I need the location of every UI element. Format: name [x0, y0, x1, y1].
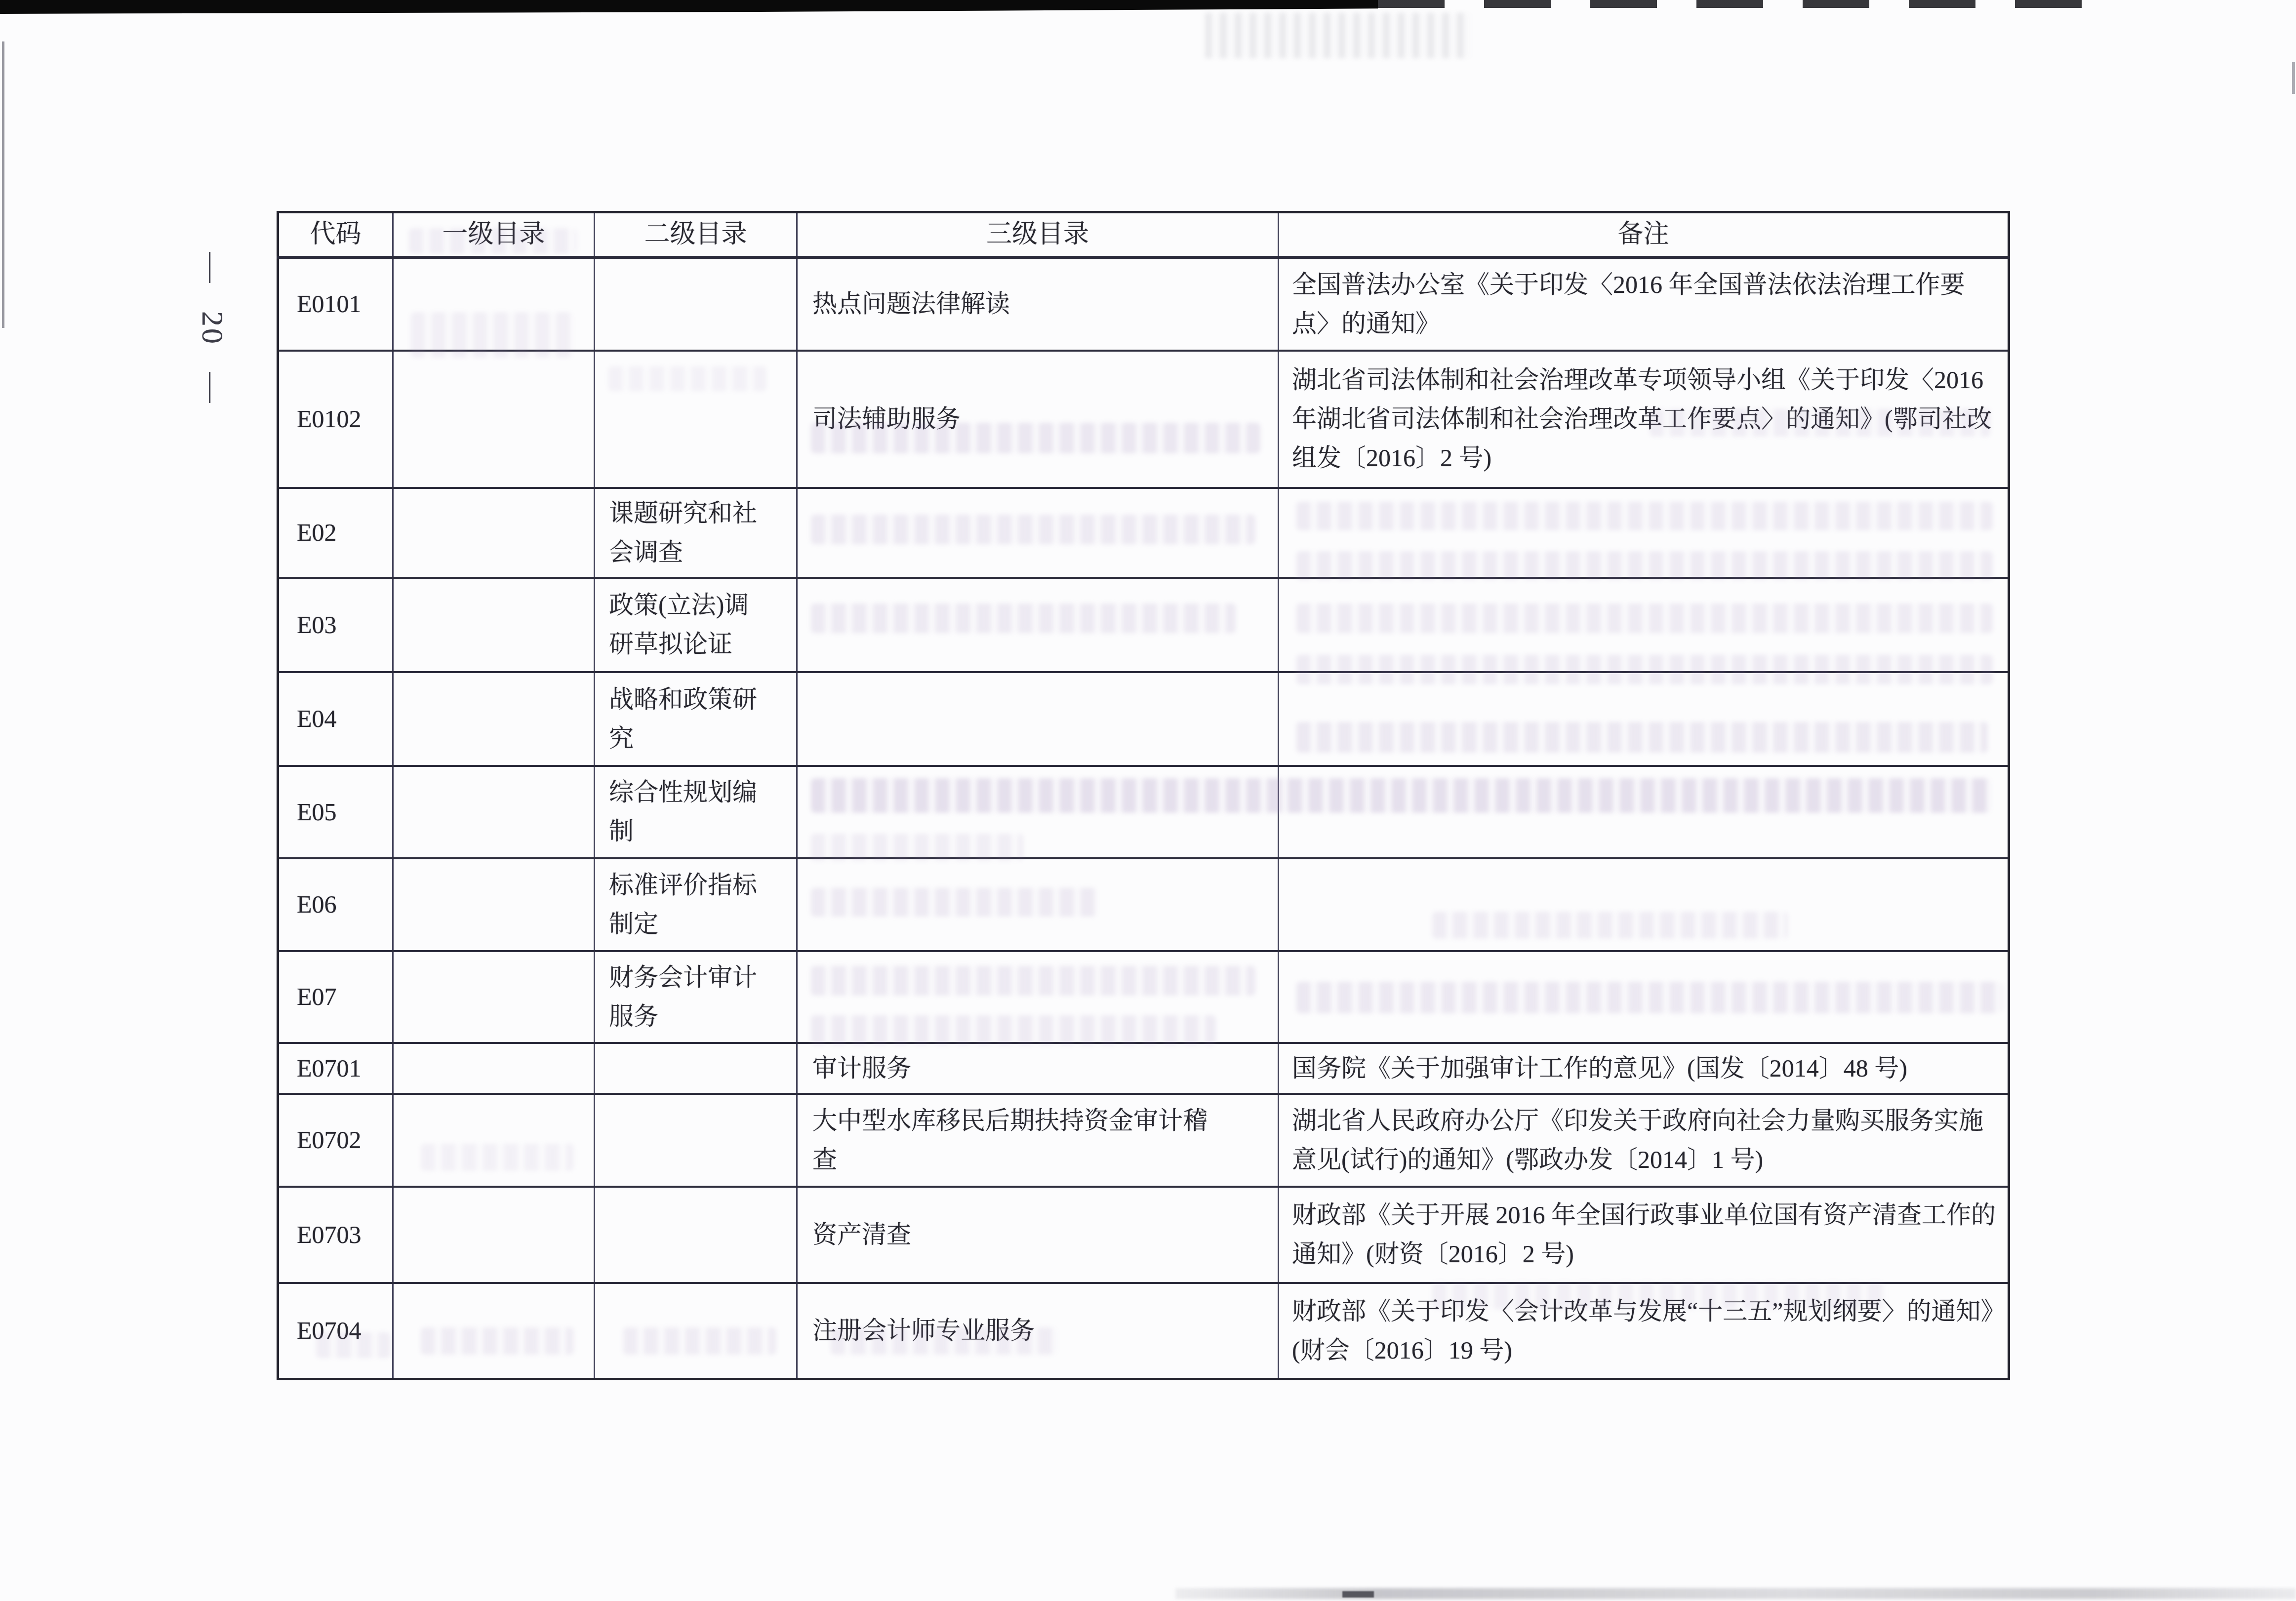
cell-code: E03	[278, 578, 393, 672]
scan-streak-artifact	[1205, 13, 1472, 58]
scan-smudge-dash	[1342, 1591, 1374, 1598]
cell-code: E0703	[278, 1187, 393, 1283]
cell-code: E0102	[278, 351, 393, 488]
bleed-through-artifact	[421, 1327, 574, 1355]
cell-code: E04	[278, 672, 393, 766]
cell-level2	[595, 1187, 797, 1283]
bleed-through-artifact	[1296, 603, 1993, 633]
scan-edge-artifact-right	[2292, 62, 2295, 94]
bleed-through-artifact	[1296, 722, 1988, 753]
header-cell-level3: 三级目录	[797, 212, 1279, 257]
cell-remark: 财政部《关于开展 2016 年全国行政事业单位国有资产清查工作的通知》(财资〔2…	[1279, 1187, 2009, 1283]
cell-level1	[393, 488, 595, 578]
cell-level2	[595, 257, 797, 351]
header-cell-code: 代码	[278, 212, 393, 257]
cell-remark: 国务院《关于加强审计工作的意见》(国发〔2014〕48 号)	[1279, 1043, 2009, 1094]
scan-edge-artifact-top	[0, 0, 1378, 14]
cell-code: E06	[278, 858, 393, 951]
cell-level1	[393, 672, 595, 766]
cell-level3: 大中型水库移民后期扶持资金审计稽查	[797, 1094, 1279, 1187]
cell-level3: 审计服务	[797, 1043, 1279, 1094]
bleed-through-artifact	[608, 366, 766, 391]
cell-level1	[393, 578, 595, 672]
bleed-through-artifact	[1650, 409, 1990, 437]
cell-level2: 标准评价指标制定	[595, 858, 797, 951]
bleed-through-artifact	[1296, 502, 1993, 530]
table-row: E0702 大中型水库移民后期扶持资金审计稽查 湖北省人民政府办公厅《印发关于政…	[278, 1094, 2009, 1187]
bleed-through-artifact	[811, 423, 1260, 453]
cell-level3: 资产清查	[797, 1187, 1279, 1283]
header-cell-remark: 备注	[1279, 212, 2009, 257]
cell-level3: 热点问题法律解读	[797, 257, 1279, 351]
bleed-through-artifact	[623, 1327, 776, 1355]
bleed-through-artifact	[409, 228, 577, 254]
bleed-through-artifact	[1296, 655, 1993, 684]
bleed-through-artifact	[1296, 982, 2003, 1013]
bleed-through-artifact	[1432, 912, 1788, 939]
cell-remark: 湖北省人民政府办公厅《印发关于政府向社会力量购买服务实施意见(试行)的通知》(鄂…	[1279, 1094, 2009, 1187]
scanned-document-page: — 20 — 代码 一级目录 二级目录 三级目录 备注 E0101 热点问题法律…	[0, 0, 2296, 1601]
bleed-through-artifact	[811, 603, 1236, 633]
bleed-through-artifact	[811, 966, 1255, 996]
bleed-through-artifact	[811, 515, 1255, 544]
table-row: E0703 资产清查 财政部《关于开展 2016 年全国行政事业单位国有资产清查…	[278, 1187, 2009, 1283]
scan-edge-artifact-top-dashes	[1378, 0, 2094, 8]
cell-level1	[393, 951, 595, 1043]
bleed-through-artifact	[831, 1327, 1058, 1355]
header-cell-level2: 二级目录	[595, 212, 797, 257]
cell-level1	[393, 858, 595, 951]
bleed-through-artifact	[811, 778, 1991, 813]
bleed-through-artifact	[811, 888, 1097, 917]
cell-level1	[393, 351, 595, 488]
bleed-through-artifact	[811, 834, 1023, 861]
cell-level2: 综合性规划编制	[595, 766, 797, 858]
cell-level3: 司法辅助服务	[797, 351, 1279, 488]
cell-level1	[393, 1043, 595, 1094]
bleed-through-artifact	[411, 312, 574, 358]
cell-level3	[797, 672, 1279, 766]
cell-level2	[595, 1094, 797, 1187]
cell-level2	[595, 1043, 797, 1094]
cell-code: E02	[278, 488, 393, 578]
cell-code: E0704	[278, 1283, 393, 1379]
cell-code: E0702	[278, 1094, 393, 1187]
cell-code: E0701	[278, 1043, 393, 1094]
cell-level2: 财务会计审计服务	[595, 951, 797, 1043]
cell-level1	[393, 766, 595, 858]
cell-code: E0101	[278, 257, 393, 351]
cell-code: E07	[278, 951, 393, 1043]
cell-level1	[393, 1187, 595, 1283]
scan-edge-artifact-left	[2, 41, 4, 328]
bleed-through-artifact	[421, 1144, 574, 1171]
cell-level1	[393, 1094, 595, 1187]
cell-level2: 政策(立法)调研草拟论证	[595, 578, 797, 672]
cell-remark: 全国普法办公室《关于印发〈2016 年全国普法依法治理工作要点〉的通知》	[1279, 257, 2009, 351]
page-number: — 20 —	[195, 237, 230, 420]
bleed-through-artifact	[1432, 1282, 1887, 1309]
table-row: E0701 审计服务 国务院《关于加强审计工作的意见》(国发〔2014〕48 号…	[278, 1043, 2009, 1094]
bleed-through-artifact	[1296, 551, 1993, 580]
cell-level2: 战略和政策研究	[595, 672, 797, 766]
cell-code: E05	[278, 766, 393, 858]
bleed-through-artifact	[316, 1332, 390, 1358]
cell-level2: 课题研究和社会调查	[595, 488, 797, 578]
bleed-through-artifact	[811, 1015, 1216, 1045]
